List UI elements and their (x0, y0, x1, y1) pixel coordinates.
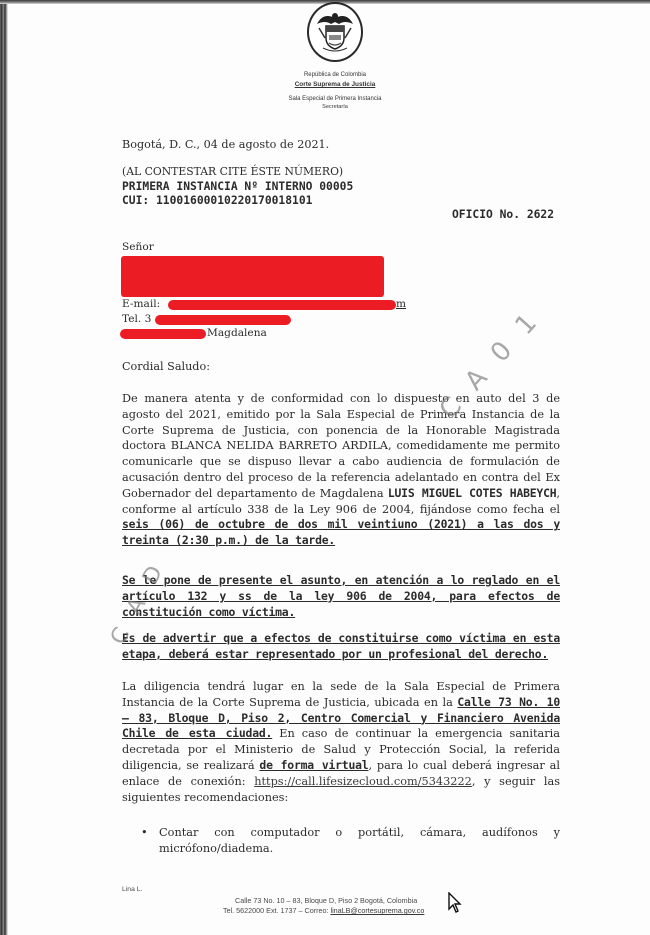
p2-text: Se le pone de presente el asunto, en ate… (122, 573, 560, 619)
paragraph-representation: Es de advertir que a efectos de constitu… (122, 631, 560, 663)
email-label: E-mail: (122, 297, 160, 312)
virtual-mode: de forma virtual (259, 758, 368, 772)
redacted-name (121, 256, 384, 297)
hearing-date: seis (06) de octubre de dos mil veintiun… (122, 517, 560, 547)
defendant-name: LUIS MIGUEL COTES HABEYCH (388, 486, 557, 500)
header-country: República de Colombia (250, 72, 420, 78)
header-institution: Corte Suprema de Justicia (250, 81, 420, 88)
footer-contact: Tel. 5622000 Ext. 1737 – Correo: linaLB@… (223, 906, 424, 915)
recipient-region: Magdalena (207, 326, 267, 341)
header-office: Secretaría (250, 104, 420, 110)
paragraph-location: La diligencia tendrá lugar en la sede de… (122, 679, 560, 805)
paragraph-victim-notice: Se le pone de presente el asunto, en ate… (122, 573, 560, 620)
email-tail: m (396, 297, 406, 312)
place-date: Bogotá, D. C., 04 de agosto de 2021. (122, 137, 329, 152)
scan-edge-left (0, 0, 8, 935)
bullet-icon: • (141, 825, 148, 841)
cui-number: CUI: 11001600010220170018101 (122, 193, 312, 208)
tel-label: Tel. 3 (122, 312, 151, 327)
cite-note: (AL CONTESTAR CITE ÉSTE NÚMERO) (122, 164, 343, 179)
lifesize-link[interactable]: https://call.lifesizecloud.com/5343222 (254, 775, 472, 788)
p3-text: Es de advertir que a efectos de constitu… (122, 631, 560, 661)
greeting: Cordial Saludo: (122, 359, 210, 374)
author-initials: Lina L. (122, 886, 142, 893)
footer-email-link[interactable]: linaLB@cortesuprema.gov.co (330, 906, 424, 915)
footer-contact-prefix: Tel. 5622000 Ext. 1737 – Correo: (223, 906, 330, 915)
mouse-cursor-icon (446, 892, 462, 914)
p1-text: De manera atenta y de conformidad con lo… (122, 392, 560, 500)
redacted-phone (155, 315, 291, 325)
list-item: Contar con computador o portátil, cámara… (146, 825, 560, 857)
coat-of-arms-icon (307, 2, 363, 62)
document-page: República de Colombia Corte Suprema de J… (0, 0, 650, 935)
redacted-email (168, 300, 396, 310)
oficio-number: OFICIO No. 2622 (452, 207, 554, 222)
internal-number: PRIMERA INSTANCIA Nº INTERNO 00005 (122, 179, 353, 194)
recommendations-list: • Contar con computador o portátil, cáma… (146, 825, 560, 857)
footer-address: Calle 73 No. 10 – 83, Bloque D, Piso 2 B… (235, 896, 417, 905)
paragraph-hearing-notice: De manera atenta y de conformidad con lo… (122, 391, 560, 549)
recipient-title: Señor (122, 240, 154, 255)
redacted-city (120, 329, 206, 339)
header-chamber: Sala Especial de Primera Instancia (250, 96, 420, 102)
